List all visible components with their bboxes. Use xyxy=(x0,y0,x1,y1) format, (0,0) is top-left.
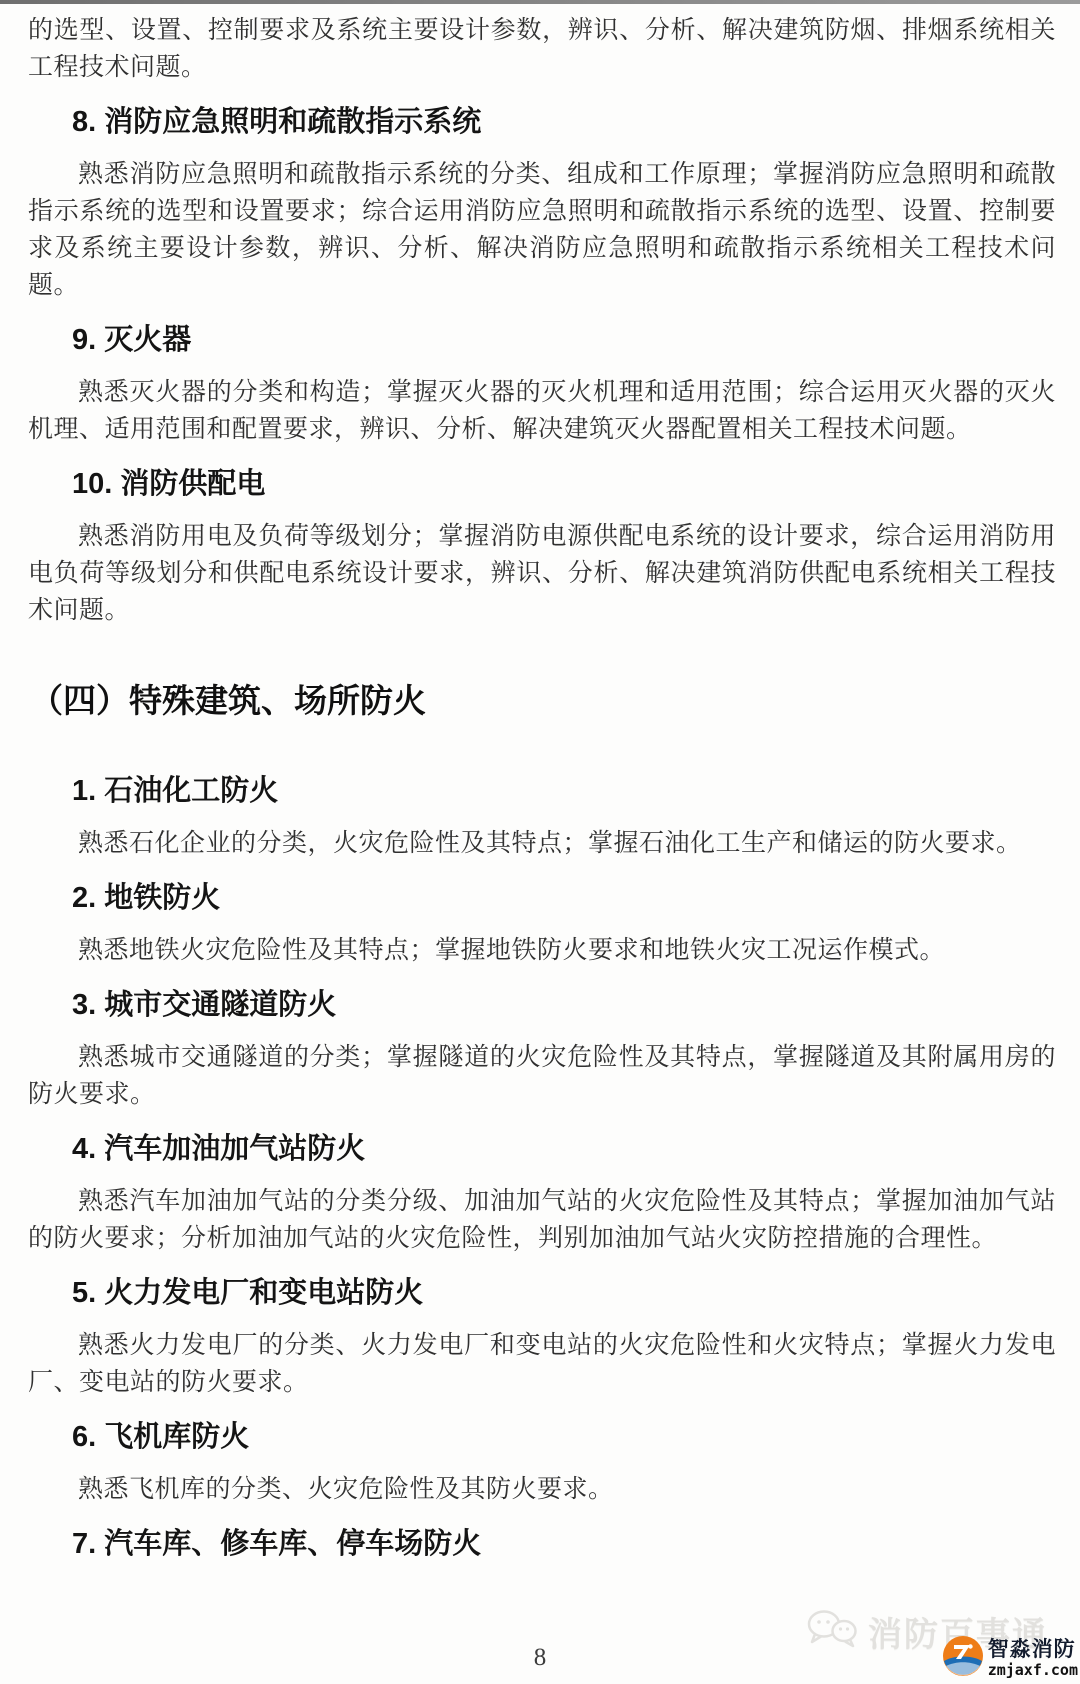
paragraph: 熟悉地铁火灾危险性及其特点；掌握地铁防火要求和地铁火灾工况运作模式。 xyxy=(28,932,1056,969)
zhimiao-fire-logo-icon xyxy=(942,1635,984,1682)
paragraph: 熟悉火力发电厂的分类、火力发电厂和变电站的火灾危险性和火灾特点；掌握火力发电厂、… xyxy=(28,1327,1056,1401)
paragraph: 熟悉消防应急照明和疏散指示系统的分类、组成和工作原理；掌握消防应急照明和疏散指示… xyxy=(28,156,1056,304)
heading-3: 3. 城市交通隧道防火 xyxy=(28,985,1056,1025)
paragraph: 熟悉城市交通隧道的分类；掌握隧道的火灾危险性及其特点，掌握隧道及其附属用房的防火… xyxy=(28,1039,1056,1113)
heading-10: 10. 消防供配电 xyxy=(28,464,1056,504)
heading-9: 9. 灭火器 xyxy=(28,320,1056,360)
paragraph: 熟悉灭火器的分类和构造；掌握灭火器的灭火机理和适用范围；综合运用灭火器的灭火机理… xyxy=(28,374,1056,448)
page-footer: 消防百事通 8 智淼消防 zmjaxf.com xyxy=(0,1604,1080,1684)
paragraph: 熟悉消防用电及负荷等级划分；掌握消防电源供配电系统的设计要求，综合运用消防用电负… xyxy=(28,518,1056,629)
document-content: 的选型、设置、控制要求及系统主要设计参数，辨识、分析、解决建筑防烟、排烟系统相关… xyxy=(0,4,1080,1684)
heading-2: 2. 地铁防火 xyxy=(28,878,1056,918)
section-heading-4: （四）特殊建筑、场所防火 xyxy=(28,677,1056,725)
heading-4: 4. 汽车加油加气站防火 xyxy=(28,1129,1056,1169)
paragraph: 熟悉飞机库的分类、火灾危险性及其防火要求。 xyxy=(28,1471,1056,1508)
heading-7: 7. 汽车库、修车库、停车场防火 xyxy=(28,1524,1056,1564)
page-number: 8 xyxy=(0,1644,1080,1672)
brand-title: 智淼消防 xyxy=(988,1639,1078,1660)
brand-logo: 智淼消防 zmjaxf.com xyxy=(942,1635,1078,1682)
paragraph: 的选型、设置、控制要求及系统主要设计参数，辨识、分析、解决建筑防烟、排烟系统相关… xyxy=(28,12,1056,86)
brand-text: 智淼消防 zmjaxf.com xyxy=(988,1639,1078,1678)
paragraph: 熟悉石化企业的分类，火灾危险性及其特点；掌握石油化工生产和储运的防火要求。 xyxy=(28,825,1056,862)
document-page: 的选型、设置、控制要求及系统主要设计参数，辨识、分析、解决建筑防烟、排烟系统相关… xyxy=(0,0,1080,1684)
heading-8: 8. 消防应急照明和疏散指示系统 xyxy=(28,102,1056,142)
brand-domain: zmjaxf.com xyxy=(988,1663,1078,1678)
heading-5: 5. 火力发电厂和变电站防火 xyxy=(28,1273,1056,1313)
heading-1: 1. 石油化工防火 xyxy=(28,771,1056,811)
heading-6: 6. 飞机库防火 xyxy=(28,1417,1056,1457)
paragraph: 熟悉汽车加油加气站的分类分级、加油加气站的火灾危险性及其特点；掌握加油加气站的防… xyxy=(28,1183,1056,1257)
